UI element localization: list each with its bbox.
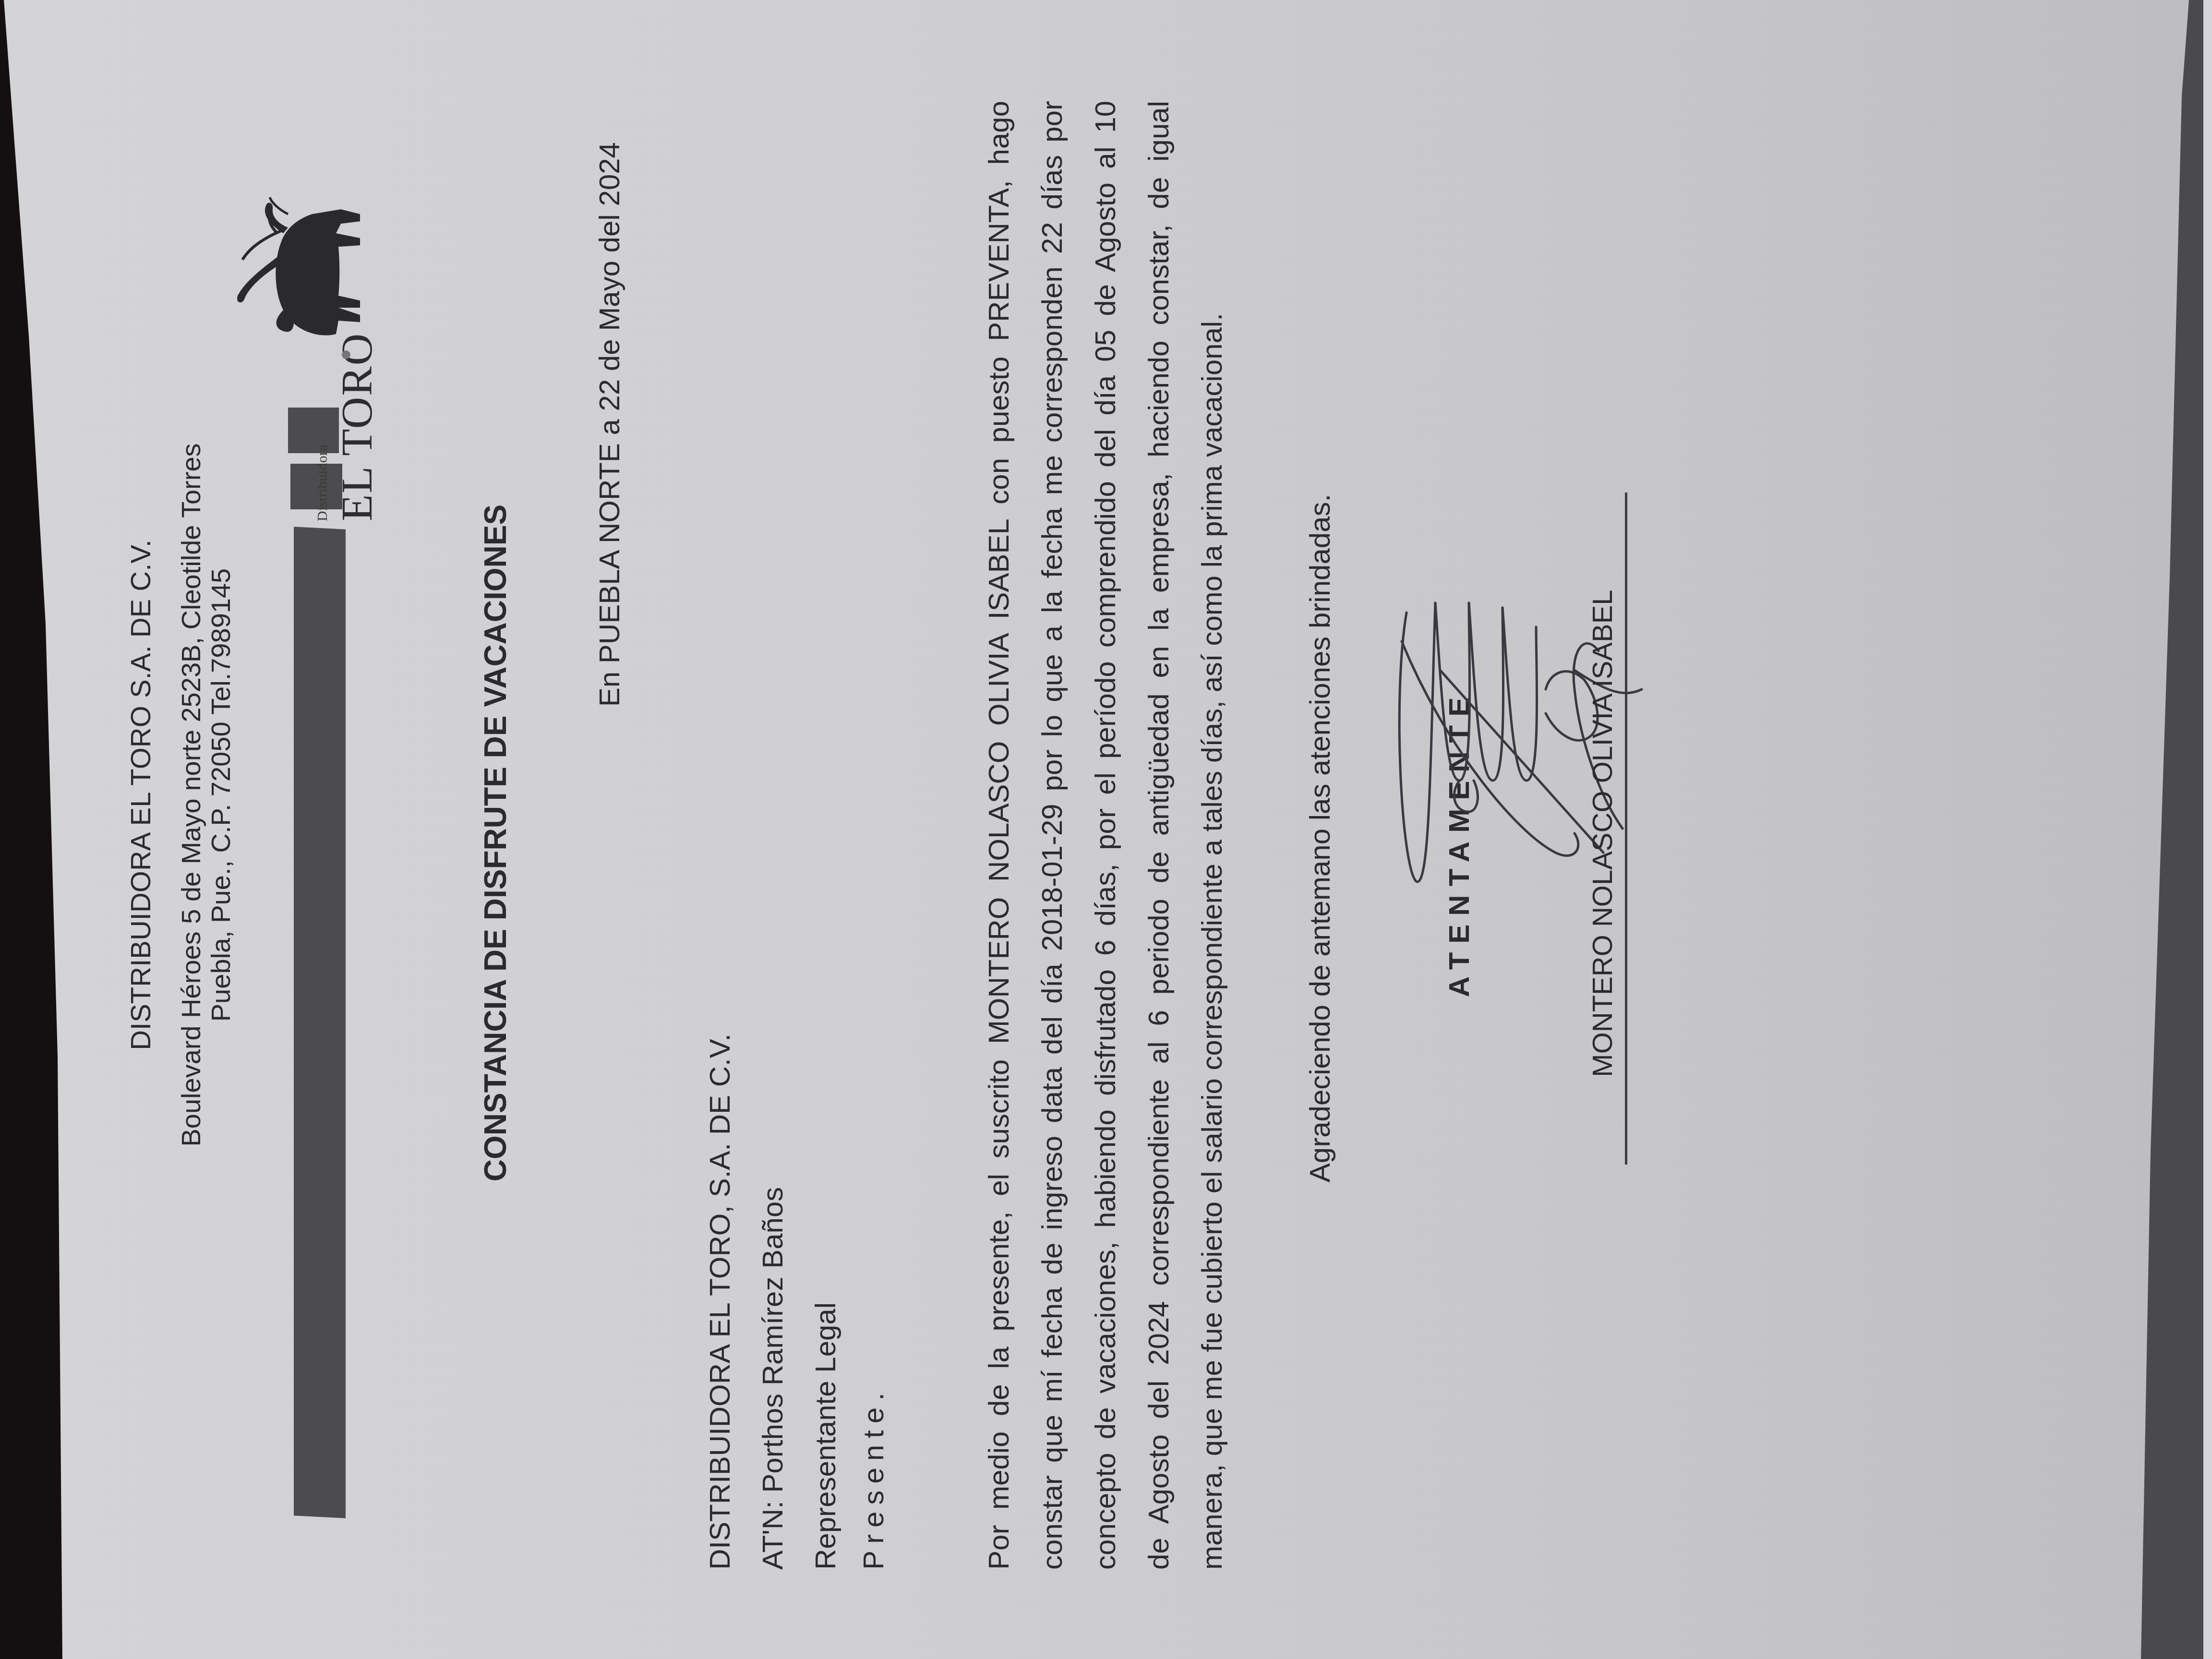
letter-page: DISTRIBUIDORA EL TORO S.A. DE C.V. Boule… [0,0,2212,1659]
salutation: Presente. [859,1386,888,1570]
letterhead-company: DISTRIBUIDORA EL TORO S.A. DE C.V. [127,411,155,1179]
closing-text: Agradeciendo de antemano las atenciones … [1306,473,1334,1203]
letterhead-decorative-bar [294,527,346,1518]
letterhead-address-line1: Boulevard Héroes 5 de Mayo norte 2523B, … [178,411,204,1179]
body-line: manera, que me fue cubierto el salario c… [1185,101,1238,1570]
body-line: de Agosto del 2024 correspondiente al 6 … [1132,101,1185,1570]
addressee-role: Representante Legal [811,1302,840,1570]
body-paragraph: Por medio de la presente, el suscrito MO… [972,101,1238,1570]
document-title: CONSTANCIA DE DISFRUTE DE VACACIONES [480,459,511,1227]
logo-small-text: Distribuidora [314,445,331,521]
logo-brand-text: EL TORO [331,333,382,521]
letterhead-address-line2: Puebla, Pue., C.P. 72050 Tel.7989145 [207,411,234,1179]
body-line: concepto de vacaciones, habiendo disfrut… [1079,101,1132,1570]
registered-mark-icon [342,350,350,359]
body-line: Por medio de la presente, el suscrito MO… [972,101,1025,1570]
addressee-company: DISTRIBUIDORA EL TORO, S.A. DE C.V. [706,1034,734,1570]
signer-name: MONTERO NOLASCO OLIVIA ISABEL [1589,512,1617,1155]
body-line: constar que mí fecha de ingreso data del… [1025,101,1079,1570]
company-logo: Distribuidora EL TORO [216,195,389,521]
signature-line [1625,493,1627,1165]
place-date: En PUEBLA NORTE a 22 de Mayo del 2024 [595,142,624,747]
addressee-attention: AT'N: Porthos Ramírez Baños [758,1187,787,1570]
